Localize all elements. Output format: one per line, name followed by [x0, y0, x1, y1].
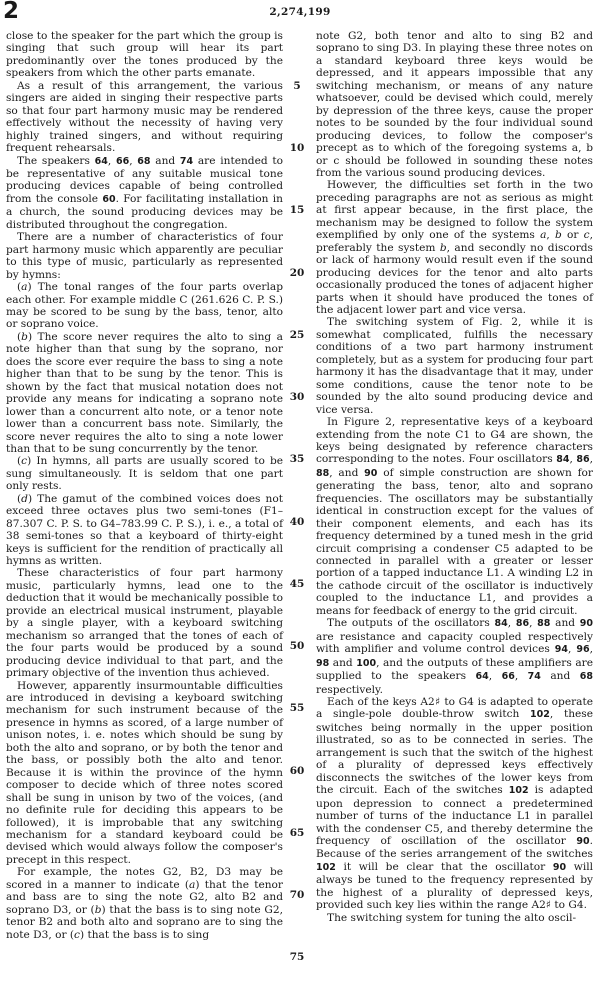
reference-numeral: 98 [316, 658, 329, 669]
text-run: , [515, 670, 528, 682]
italic-letter: b [440, 242, 447, 254]
reference-numeral: 94 [555, 644, 568, 655]
italic-letter: d [21, 493, 28, 505]
text-run: ) In hymns, all parts are usually scored… [6, 455, 283, 492]
text-run: ) The tonal ranges of the four parts ove… [6, 281, 283, 330]
paragraph: (b) The score never requires the alto to… [6, 331, 283, 456]
text-run: or [562, 229, 584, 241]
paragraph: Each of the keys A2♯ to G4 is adapted to… [316, 696, 593, 912]
paragraph-text: note G2, both tenor and alto to sing B2 … [316, 30, 593, 179]
line-number: 30 [286, 391, 308, 403]
line-number: 50 [286, 640, 308, 652]
line-number: 20 [286, 267, 308, 279]
text-run: The outputs of the oscillators [327, 617, 495, 629]
text-run: ) The score never requires the alto to s… [6, 331, 283, 455]
text-run: The speakers [17, 155, 95, 167]
text-run: and [541, 670, 580, 682]
reference-numeral: 68 [580, 671, 593, 682]
paragraph: close to the speaker for the part which … [6, 30, 283, 80]
reference-numeral: 90 [580, 618, 593, 629]
paragraph: These characteristics of four part harmo… [6, 567, 283, 679]
reference-numeral: 66 [116, 156, 129, 167]
text-run: , [529, 617, 537, 629]
text-run: ) that the bass is to sing [80, 929, 209, 941]
line-number: 25 [286, 329, 308, 341]
paragraph-text: However, apparently insurmountable diffi… [6, 680, 283, 866]
text-run: and [550, 617, 579, 629]
reference-numeral: 90 [364, 468, 377, 479]
text-run: , [546, 229, 555, 241]
paragraph: There are a number of characteristics of… [6, 231, 283, 281]
reference-numeral: 86 [516, 618, 529, 629]
reference-numeral: 84 [495, 618, 508, 629]
reference-numeral: 102 [316, 862, 336, 873]
paragraph: As a result of this arrangement, the var… [6, 80, 283, 155]
reference-numeral: 66 [502, 671, 515, 682]
text-run: , and [329, 467, 364, 479]
reference-numeral: 74 [180, 156, 193, 167]
paragraph: In Figure 2, representative keys of a ke… [316, 416, 593, 617]
reference-numeral: 60 [102, 194, 115, 205]
text-run: of simple construction are shown for gen… [316, 467, 593, 617]
text-run: , [489, 670, 502, 682]
italic-letter: b [555, 229, 562, 241]
reference-numeral: 68 [137, 156, 150, 167]
text-run: it will be clear that the oscillator [336, 861, 553, 873]
line-number: 35 [286, 453, 308, 465]
left-column: close to the speaker for the part which … [6, 30, 283, 941]
line-number: 10 [286, 142, 308, 154]
reference-numeral: 88 [537, 618, 550, 629]
text-run: and [329, 657, 356, 669]
reference-numeral: 90 [576, 836, 589, 847]
paragraph: (a) The tonal ranges of the four parts o… [6, 281, 283, 331]
paragraph-text: The switching system for tuning the alto… [327, 912, 576, 924]
paragraph-text: As a result of this arrangement, the var… [6, 80, 283, 154]
text-run: , [108, 155, 116, 167]
reference-numeral: 96 [576, 644, 589, 655]
text-run: , [508, 617, 516, 629]
right-column: note G2, both tenor and alto to sing B2 … [316, 30, 593, 924]
text-run: , these switches being normally in the u… [316, 708, 593, 796]
text-run: , [590, 453, 593, 465]
line-number: 40 [286, 516, 308, 528]
reference-numeral: 90 [553, 862, 566, 873]
reference-numeral: 64 [476, 671, 489, 682]
text-run: respectively. [316, 684, 383, 696]
line-number: 15 [286, 204, 308, 216]
line-number: 75 [286, 951, 308, 963]
paragraph: (c) In hymns, all parts are usually scor… [6, 455, 283, 492]
text-run: are resistance and capacity coupled resp… [316, 631, 593, 655]
paragraph: However, the difficulties set forth in t… [316, 179, 593, 316]
paragraph: The switching system for tuning the alto… [316, 912, 593, 924]
italic-letter: b [21, 331, 28, 343]
patent-number: 2,274,199 [0, 6, 600, 18]
paragraph-text: close to the speaker for the part which … [6, 30, 283, 79]
text-run: and [151, 155, 180, 167]
reference-numeral: 64 [95, 156, 108, 167]
reference-numeral: 86 [576, 454, 589, 465]
paragraph: The switching system of Fig. 2, while it… [316, 316, 593, 416]
line-number: 45 [286, 578, 308, 590]
line-number: 65 [286, 827, 308, 839]
line-number: 70 [286, 889, 308, 901]
text-run: In Figure 2, representative keys of a ke… [316, 416, 593, 465]
line-number: 5 [286, 80, 308, 92]
reference-numeral: 102 [509, 785, 529, 796]
reference-numeral: 102 [530, 709, 550, 720]
reference-numeral: 100 [356, 658, 376, 669]
reference-numeral: 88 [316, 468, 329, 479]
paragraph: note G2, both tenor and alto to sing B2 … [316, 30, 593, 179]
line-number: 55 [286, 702, 308, 714]
paragraph: (d) The gamut of the combined voices doe… [6, 493, 283, 568]
reference-numeral: 84 [556, 454, 569, 465]
paragraph: The speakers 64, 66, 68 and 74 are inten… [6, 155, 283, 232]
paragraph-text: There are a number of characteristics of… [6, 231, 283, 280]
text-run: ) The gamut of the combined voices does … [6, 493, 283, 567]
paragraph: However, apparently insurmountable diffi… [6, 680, 283, 867]
line-number: 60 [286, 765, 308, 777]
paragraph: For example, the notes G2, B2, D3 may be… [6, 866, 283, 941]
paragraph: The outputs of the oscillators 84, 86, 8… [316, 617, 593, 696]
text-run: , [590, 643, 593, 655]
paragraph-text: The switching system of Fig. 2, while it… [316, 316, 593, 415]
paragraph-text: These characteristics of four part harmo… [6, 567, 283, 679]
reference-numeral: 74 [528, 671, 541, 682]
